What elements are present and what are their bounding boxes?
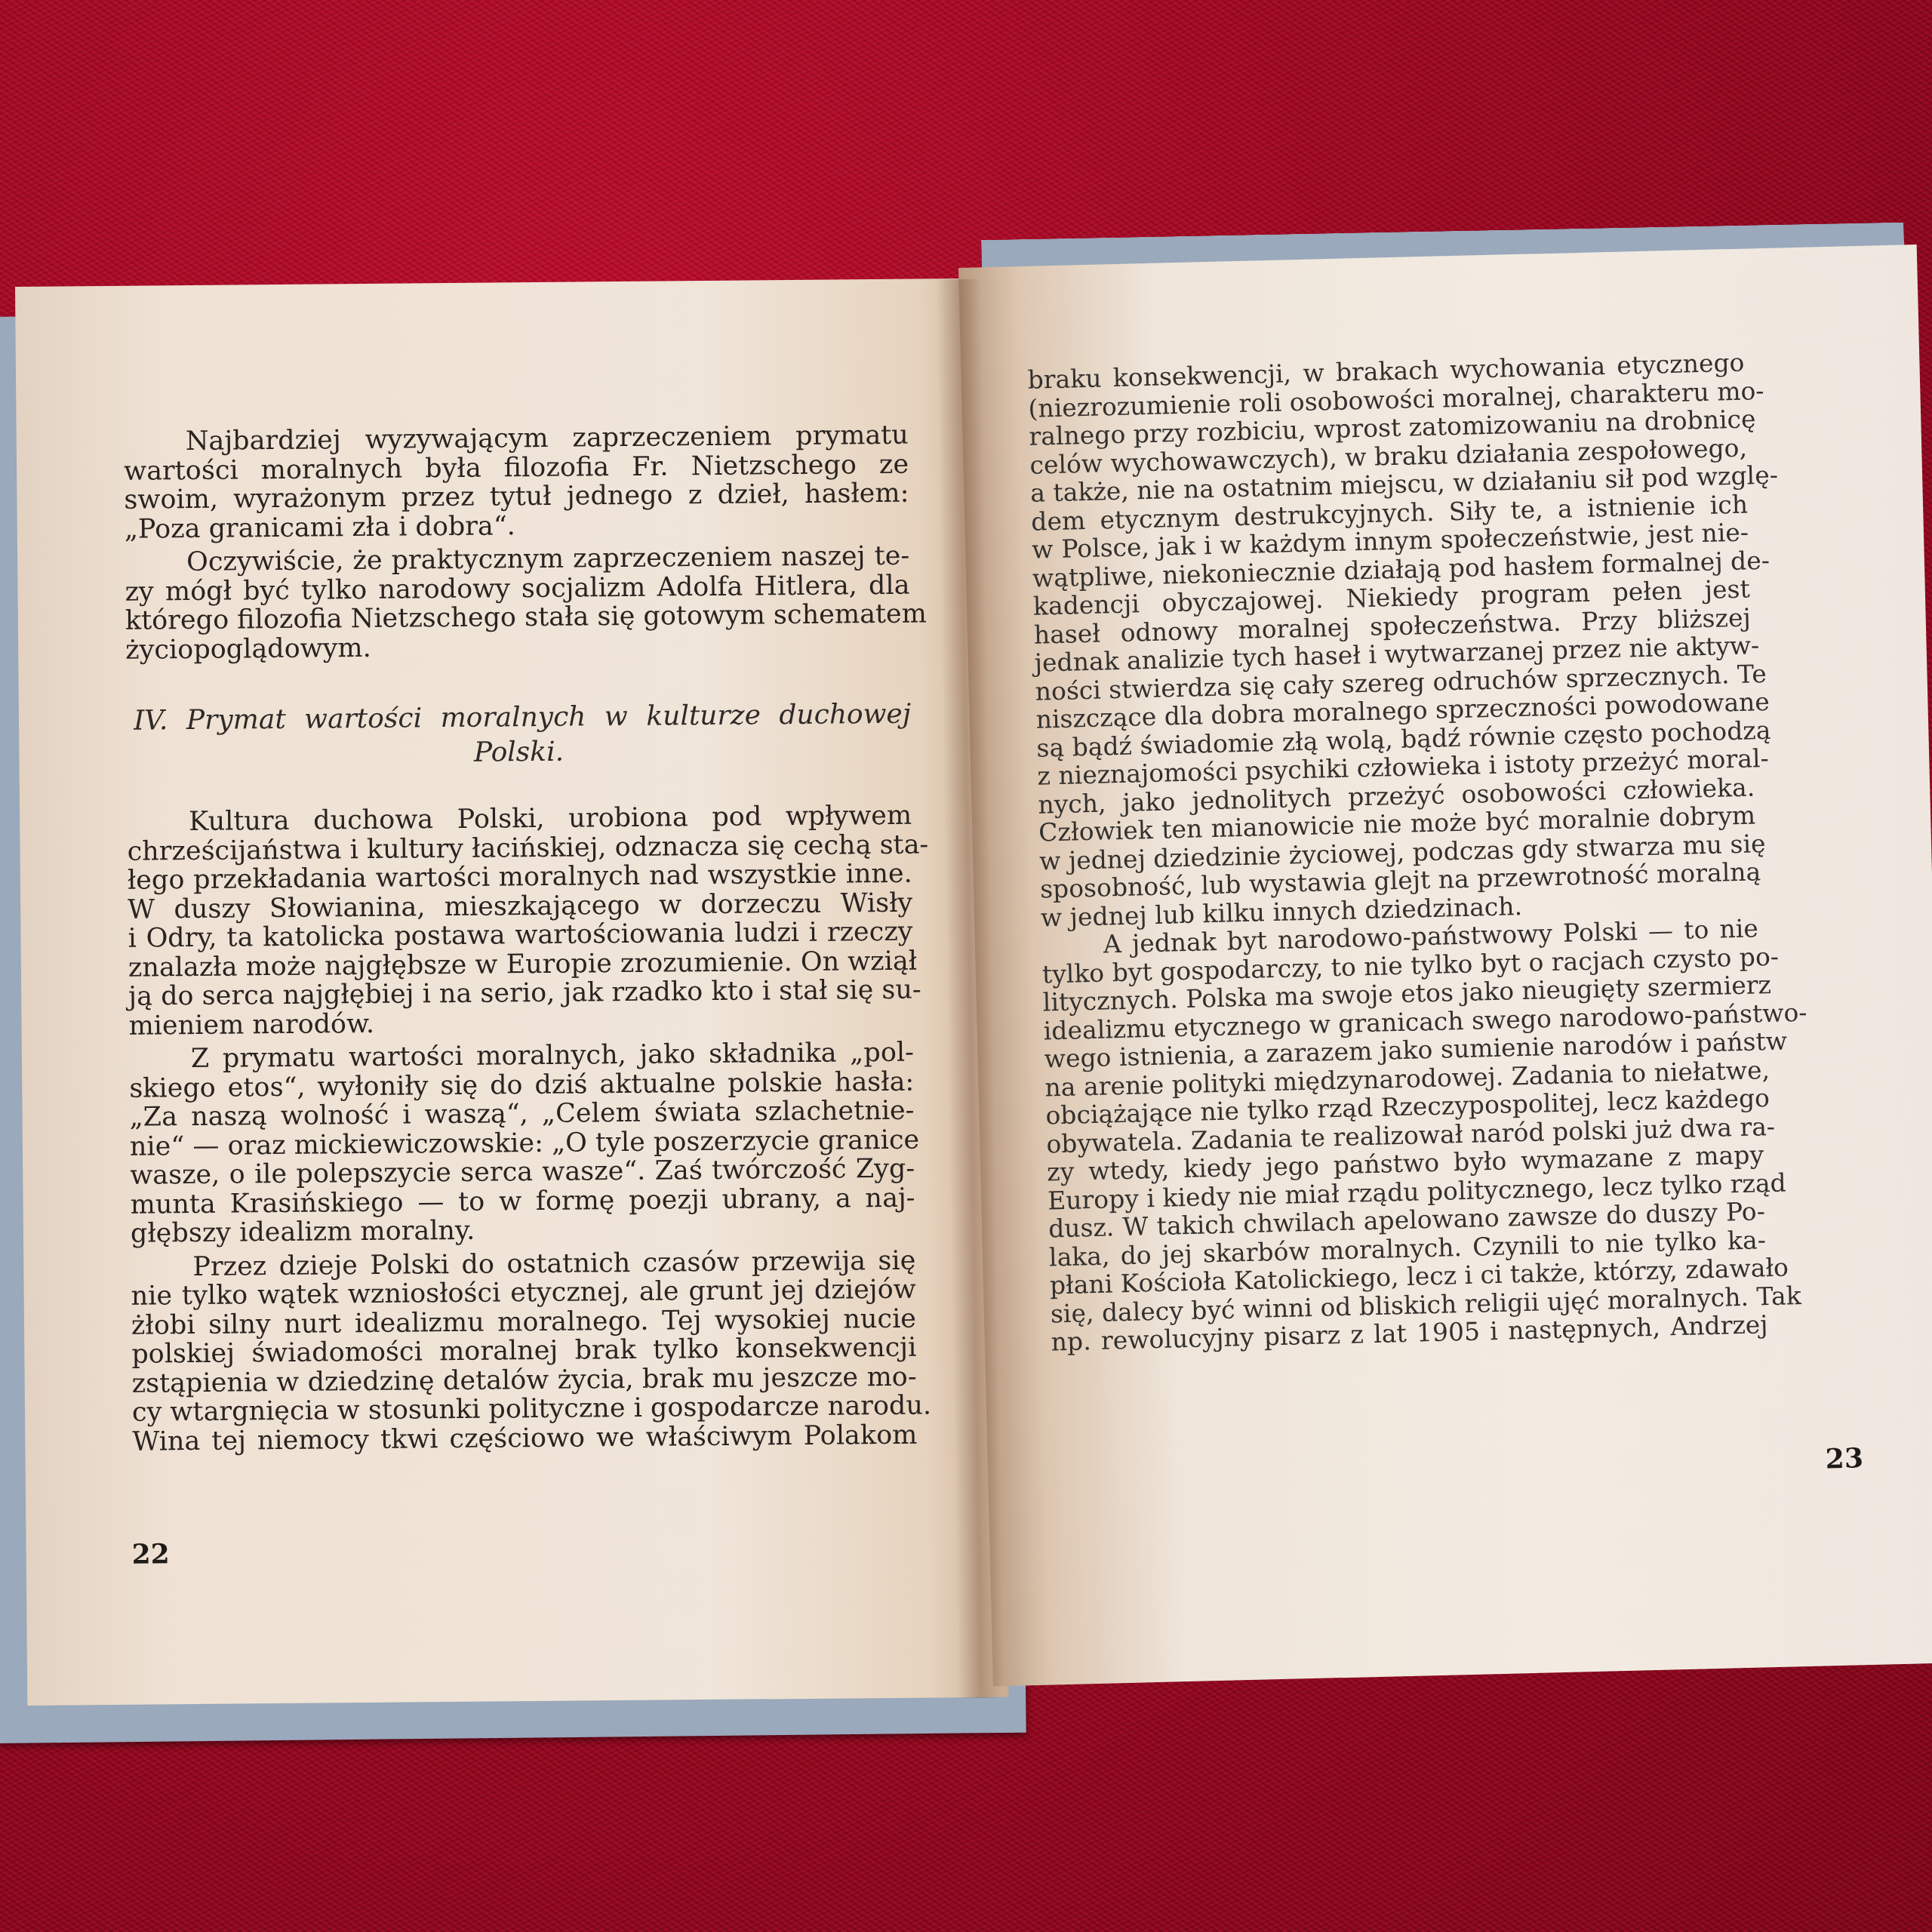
page-number: 23 bbox=[1825, 1442, 1863, 1475]
text-line: życiopoglądowym. bbox=[125, 629, 910, 665]
paragraph: A jednak byt narodowo-państwowy Polski —… bbox=[1041, 914, 1768, 1356]
right-page: braku konsekwencji, w brakach wychowania… bbox=[958, 245, 1932, 1686]
section-heading-line-1: IV. Prymat wartości moralnych w kulturze… bbox=[126, 697, 911, 739]
paragraph: braku konsekwencji, w brakach wychowania… bbox=[1027, 349, 1758, 932]
open-book: Najbardziej wyzywającym zaprzeczeniem pr… bbox=[0, 0, 1932, 1932]
paragraph: Oczywiście, że praktycznym zaprzeczeniem… bbox=[125, 542, 910, 665]
paragraph: Najbardziej wyzywającym zaprzeczeniem pr… bbox=[124, 421, 909, 544]
section-heading-line-2: Polski. bbox=[126, 732, 911, 774]
section-heading: IV. Prymat wartości moralnych w kulturze… bbox=[126, 697, 912, 774]
paragraph: Z prymatu wartości moralnych, jako skład… bbox=[129, 1038, 915, 1249]
right-page-text: braku konsekwencji, w brakach wychowania… bbox=[1027, 349, 1768, 1356]
text-line: Wina tej niemocy tkwi częściowo we właśc… bbox=[132, 1420, 917, 1457]
left-page-text: Najbardziej wyzywającym zaprzeczeniem pr… bbox=[124, 421, 918, 1457]
left-page: Najbardziej wyzywającym zaprzeczeniem pr… bbox=[15, 278, 1008, 1706]
page-number: 22 bbox=[131, 1538, 169, 1570]
paragraph: Kultura duchowa Polski, urobiona pod wpł… bbox=[127, 801, 914, 1041]
paragraph: Przez dzieje Polski do ostatnich czasów … bbox=[131, 1246, 917, 1457]
